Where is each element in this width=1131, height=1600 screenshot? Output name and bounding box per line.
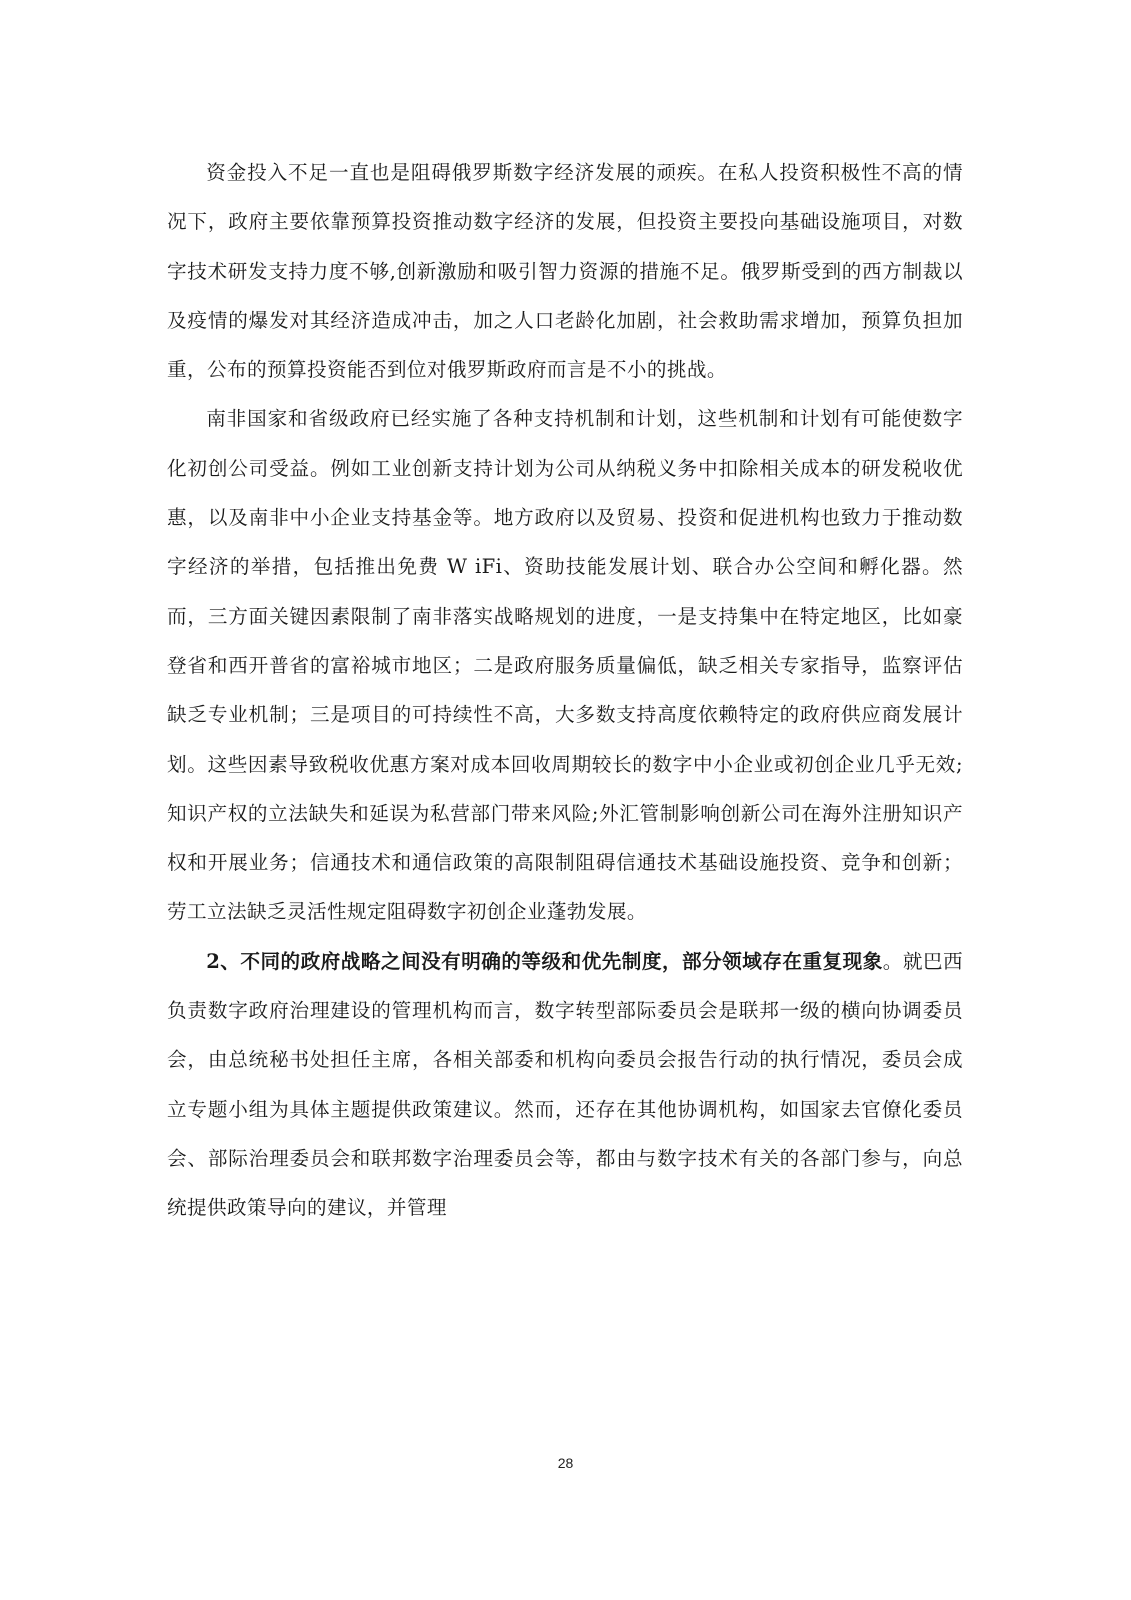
page-number: 28 [0,1455,1131,1471]
paragraph-south-africa-support: 南非国家和省级政府已经实施了各种支持机制和计划，这些机制和计划有可能使数字化初创… [167,394,963,936]
paragraph-body: 。就巴西负责数字政府治理建设的管理机构而言，数字转型部际委员会是联邦一级的横向协… [167,950,963,1219]
paragraph-strategy-hierarchy: 2、不同的政府战略之间没有明确的等级和优先制度，部分领域存在重复现象。就巴西负责… [167,937,963,1233]
section-heading-inline: 2、不同的政府战略之间没有明确的等级和优先制度，部分领域存在重复现象 [206,950,883,973]
document-page: 资金投入不足一直也是阻碍俄罗斯数字经济发展的顽疾。在私人投资积极性不高的情况下，… [167,148,963,1233]
paragraph-russia-funding: 资金投入不足一直也是阻碍俄罗斯数字经济发展的顽疾。在私人投资积极性不高的情况下，… [167,148,963,394]
